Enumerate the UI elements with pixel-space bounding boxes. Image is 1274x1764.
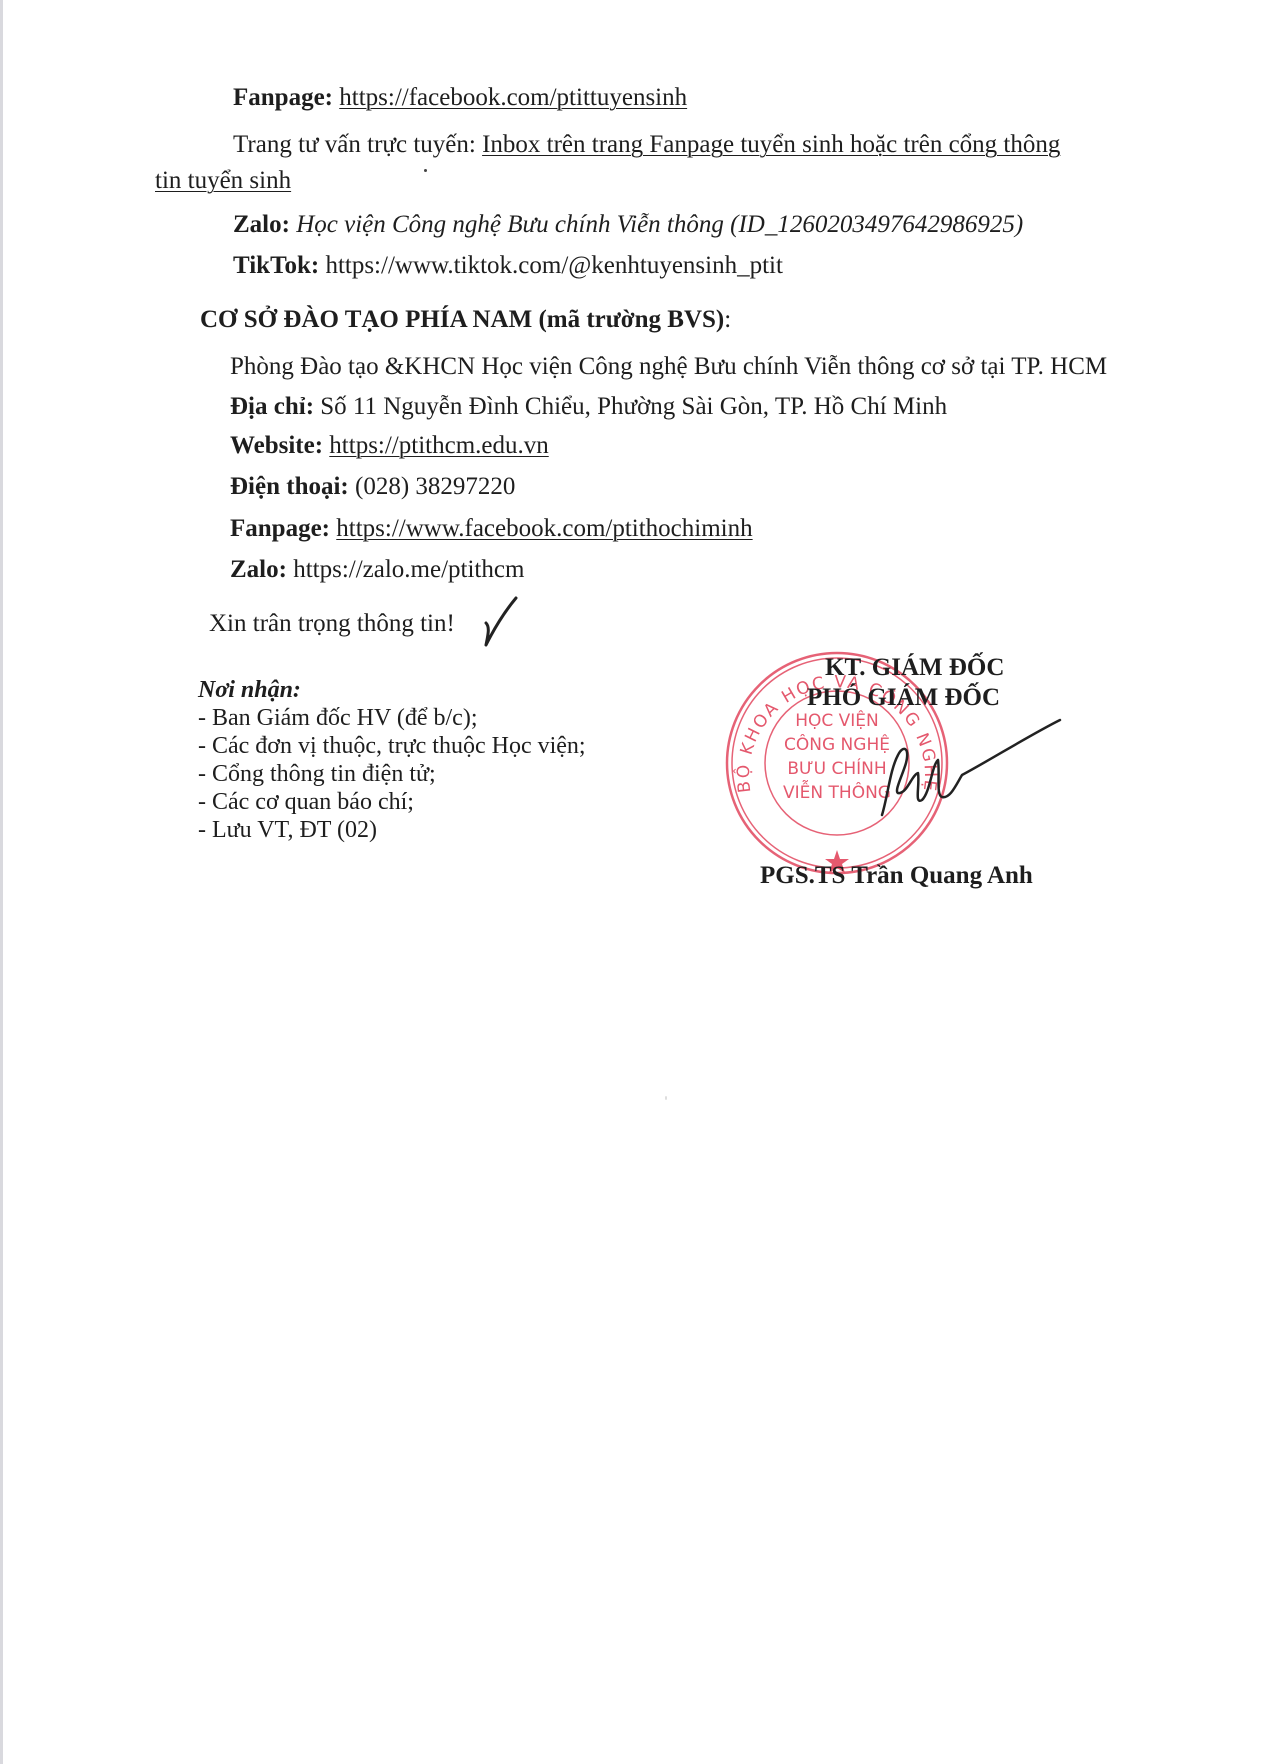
zalo-line: Zalo: Học viện Công nghệ Bưu chính Viễn …	[233, 210, 1023, 240]
speck	[665, 1096, 667, 1100]
checkmark-icon	[478, 595, 518, 650]
fanpage-south-link[interactable]: https://www.facebook.com/ptithochiminh	[336, 515, 752, 542]
zalo-south-label: Zalo:	[230, 556, 287, 583]
closing-text: Xin trân trọng thông tin!	[209, 610, 455, 637]
address-label: Địa chỉ:	[230, 393, 314, 420]
fanpage-link[interactable]: https://facebook.com/ptittuyensinh	[339, 84, 687, 111]
signature-title-1: KT. GIÁM ĐỐC	[825, 654, 1004, 682]
stamp-line: HỌC VIỆN	[795, 709, 879, 731]
handwritten-signature	[870, 715, 1070, 825]
office-name: Phòng Đào tạo &KHCN Học viện Công nghệ B…	[230, 353, 1107, 380]
speck	[424, 169, 427, 172]
recipient-item: - Lưu VT, ĐT (02)	[198, 816, 377, 844]
website-line: Website: https://ptithcm.edu.vn	[230, 431, 549, 461]
fanpage-south-label: Fanpage:	[230, 515, 330, 542]
zalo-label: Zalo:	[233, 211, 290, 238]
consult-line-2: tin tuyển sinh	[155, 166, 291, 196]
address-line: Địa chỉ: Số 11 Nguyễn Đình Chiểu, Phường…	[230, 392, 947, 422]
fanpage-south-line: Fanpage: https://www.facebook.com/ptitho…	[230, 514, 753, 544]
tiktok-link[interactable]: https://www.tiktok.com/@kenhtuyensinh_pt…	[325, 252, 783, 279]
consult-link[interactable]: Inbox trên trang Fanpage tuyển sinh hoặc…	[482, 131, 1060, 158]
phone-line: Điện thoại: (028) 38297220	[230, 472, 515, 502]
zalo-value: Học viện Công nghệ Bưu chính Viễn thông …	[296, 211, 1023, 238]
website-link[interactable]: https://ptithcm.edu.vn	[329, 432, 548, 459]
consult-link-cont[interactable]: tin tuyển sinh	[155, 167, 291, 194]
tiktok-line: TikTok: https://www.tiktok.com/@kenhtuye…	[233, 251, 783, 281]
closing-line: Xin trân trọng thông tin!	[209, 609, 455, 639]
phone-label: Điện thoại:	[230, 473, 349, 500]
recipient-item: - Các đơn vị thuộc, trực thuộc Học viện;	[198, 732, 586, 760]
consult-label: Trang tư vấn trực tuyến:	[233, 131, 482, 158]
zalo-south-link[interactable]: https://zalo.me/ptithcm	[293, 556, 524, 583]
zalo-south-line: Zalo: https://zalo.me/ptithcm	[230, 555, 524, 585]
signature-title-2: PHÓ GIÁM ĐỐC	[807, 684, 1000, 712]
tiktok-label: TikTok:	[233, 252, 319, 279]
phone-value: (028) 38297220	[355, 473, 515, 500]
fanpage-label: Fanpage:	[233, 84, 333, 111]
consult-line: Trang tư vấn trực tuyến: Inbox trên tran…	[233, 130, 1060, 160]
document-page: Fanpage: https://facebook.com/ptittuyens…	[0, 0, 1274, 1764]
recipients-title: Nơi nhận:	[198, 676, 301, 704]
address-value: Số 11 Nguyễn Đình Chiểu, Phường Sài Gòn,…	[320, 393, 947, 420]
south-campus-heading: CƠ SỞ ĐÀO TẠO PHÍA NAM (mã trường BVS):	[200, 305, 731, 335]
office-line: Phòng Đào tạo &KHCN Học viện Công nghệ B…	[230, 352, 1107, 382]
heading-colon: :	[724, 306, 731, 333]
recipient-item: - Cổng thông tin điện tử;	[198, 760, 436, 788]
south-campus-title: CƠ SỞ ĐÀO TẠO PHÍA NAM (mã trường BVS)	[200, 306, 724, 333]
fanpage-line: Fanpage: https://facebook.com/ptittuyens…	[233, 83, 687, 113]
recipient-item: - Ban Giám đốc HV (để b/c);	[198, 704, 477, 732]
recipient-item: - Các cơ quan báo chí;	[198, 788, 414, 816]
website-label: Website:	[230, 432, 323, 459]
signer-name: PGS.TS Trần Quang Anh	[760, 862, 1033, 890]
